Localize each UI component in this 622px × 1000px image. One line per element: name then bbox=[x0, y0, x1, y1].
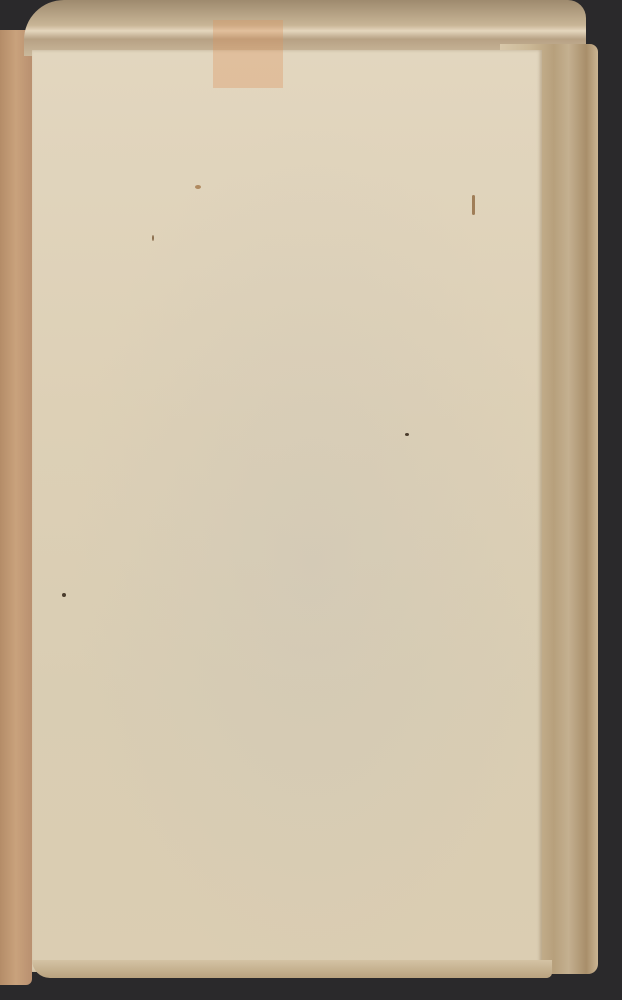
library-stamp bbox=[213, 20, 283, 88]
left-cover-edge bbox=[0, 30, 32, 985]
blank-page bbox=[32, 50, 542, 972]
speck bbox=[152, 235, 154, 241]
speck bbox=[62, 593, 66, 597]
speck bbox=[405, 433, 409, 436]
speck bbox=[472, 195, 475, 215]
page-bottom-edge bbox=[32, 960, 552, 978]
speck bbox=[195, 185, 201, 189]
book-photo bbox=[0, 0, 622, 1000]
